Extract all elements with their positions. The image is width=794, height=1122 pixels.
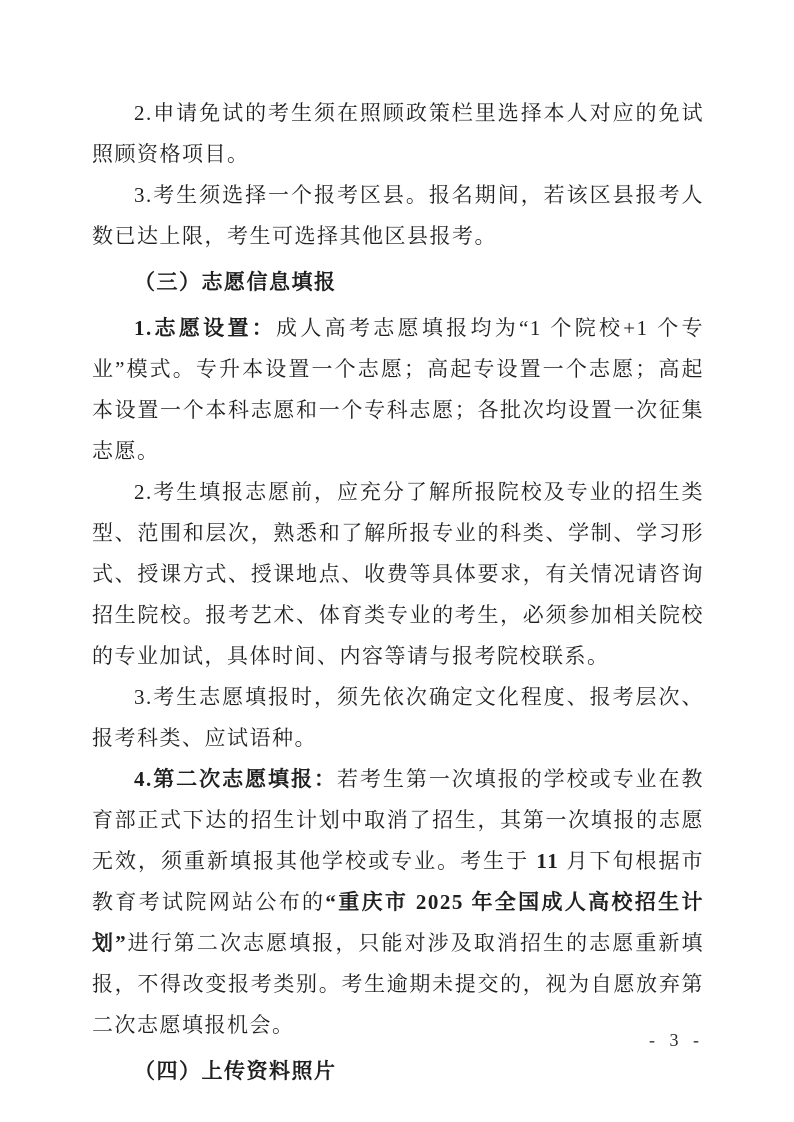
text-run: 2.考生填报志愿前，应充分了解所报院校及专业的招生类型、范围和层次，熟悉和了解所… bbox=[92, 480, 704, 668]
text-run: 2.申请免试的考生须在照顾政策栏里选择本人对应的免试照顾资格项目。 bbox=[92, 101, 704, 166]
document-page: 2.申请免试的考生须在照顾政策栏里选择本人对应的免试照顾资格项目。 3.考生须选… bbox=[0, 0, 794, 1122]
paragraph-filling-order: 3.考生志愿填报时，须先依次确定文化程度、报考层次、报考科类、应试语种。 bbox=[92, 677, 704, 759]
text-run: 进行第二次志愿填报，只能对涉及取消招生的志愿重新填报，不得改变报考类别。考生逾期… bbox=[92, 931, 704, 1037]
paragraph-exemption-policy: 2.申请免试的考生须在照顾政策栏里选择本人对应的免试照顾资格项目。 bbox=[92, 93, 704, 175]
text-run: （三）志愿信息填报 bbox=[134, 270, 337, 294]
page-number: - 3 - bbox=[649, 1030, 704, 1051]
paragraph-district-selection: 3.考生须选择一个报考区县。报名期间，若该区县报考人数已达上限，考生可选择其他区… bbox=[92, 175, 704, 257]
paragraph-second-filling: 4.第二次志愿填报：若考生第一次填报的学校或专业在教育部正式下达的招生计划中取消… bbox=[92, 759, 704, 1046]
paragraph-before-filling: 2.考生填报志愿前，应充分了解所报院校及专业的招生类型、范围和层次，熟悉和了解所… bbox=[92, 472, 704, 677]
text-run: （四）上传资料照片 bbox=[134, 1059, 337, 1083]
section-heading-volunteer-info: （三）志愿信息填报 bbox=[92, 262, 704, 303]
paragraph-volunteer-setup: 1.志愿设置：成人高考志愿填报均为“1 个院校+1 个专业”模式。专升本设置一个… bbox=[92, 308, 704, 472]
text-run: 3.考生志愿填报时，须先依次确定文化程度、报考层次、报考科类、应试语种。 bbox=[92, 685, 704, 750]
section-heading-upload-photos: （四）上传资料照片 bbox=[92, 1051, 704, 1092]
text-run: 3.考生须选择一个报考区县。报名期间，若该区县报考人数已达上限，考生可选择其他区… bbox=[92, 183, 704, 248]
text-run: 1.志愿设置： bbox=[134, 316, 276, 340]
text-run: 4.第二次志愿填报： bbox=[134, 767, 337, 791]
text-run: 11 bbox=[536, 849, 559, 873]
document-body: 2.申请免试的考生须在照顾政策栏里选择本人对应的免试照顾资格项目。 3.考生须选… bbox=[92, 93, 704, 1097]
